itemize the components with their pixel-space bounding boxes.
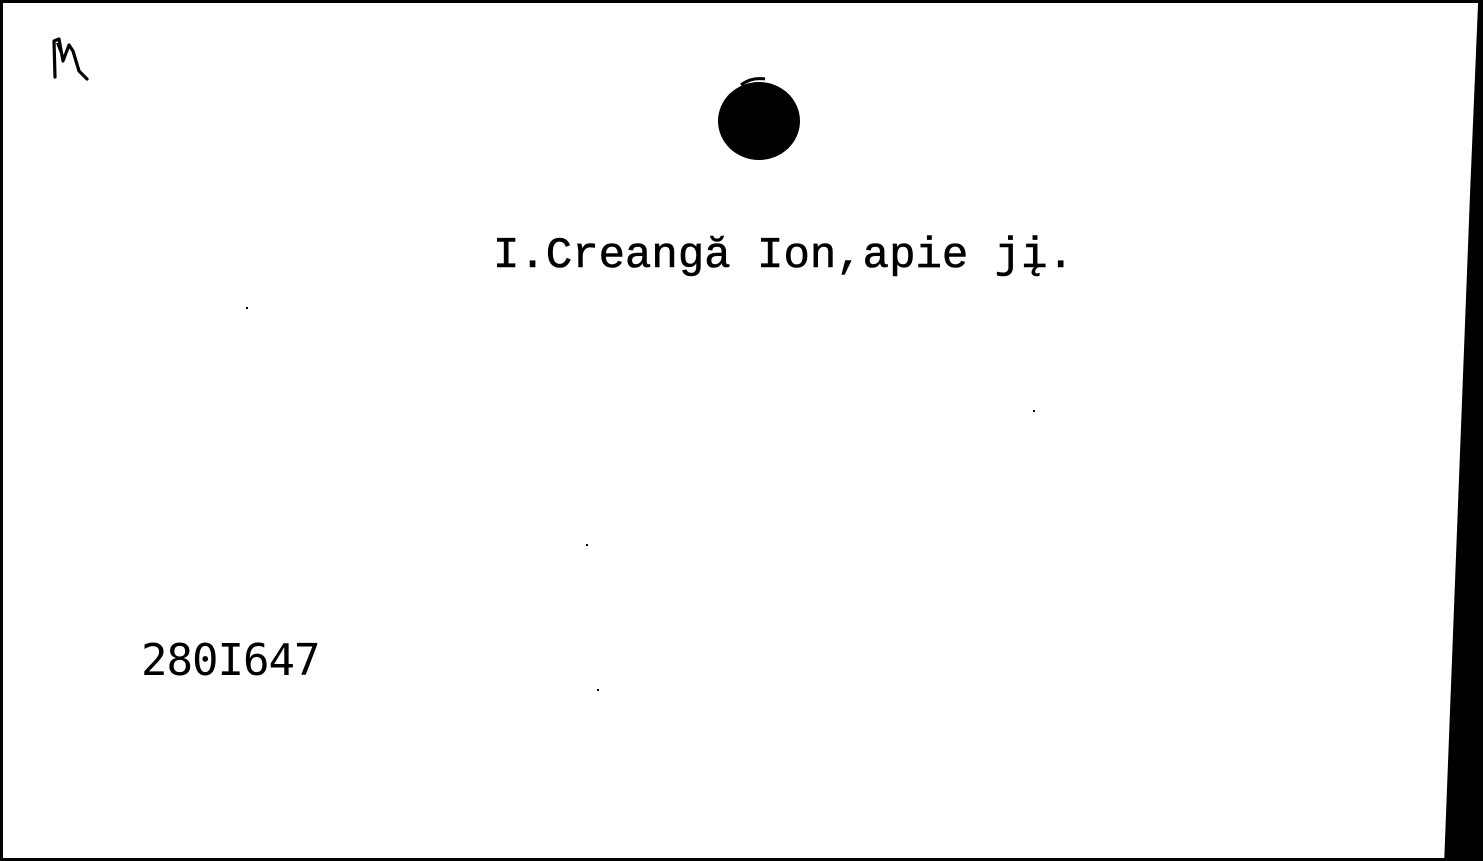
reference-number: 280I647 xyxy=(141,635,319,686)
scan-speck xyxy=(597,689,599,691)
scan-speck xyxy=(246,307,248,309)
handwritten-m-mark: M xyxy=(49,31,97,81)
card-heading: I.Creangă Ion,apie jį. xyxy=(493,231,1074,281)
scan-speck xyxy=(1033,410,1035,412)
index-card: M I.Creangă Ion,apie jį. 280I647 xyxy=(3,3,1479,858)
scan-speck xyxy=(586,544,588,546)
punch-hole-icon xyxy=(717,75,801,161)
